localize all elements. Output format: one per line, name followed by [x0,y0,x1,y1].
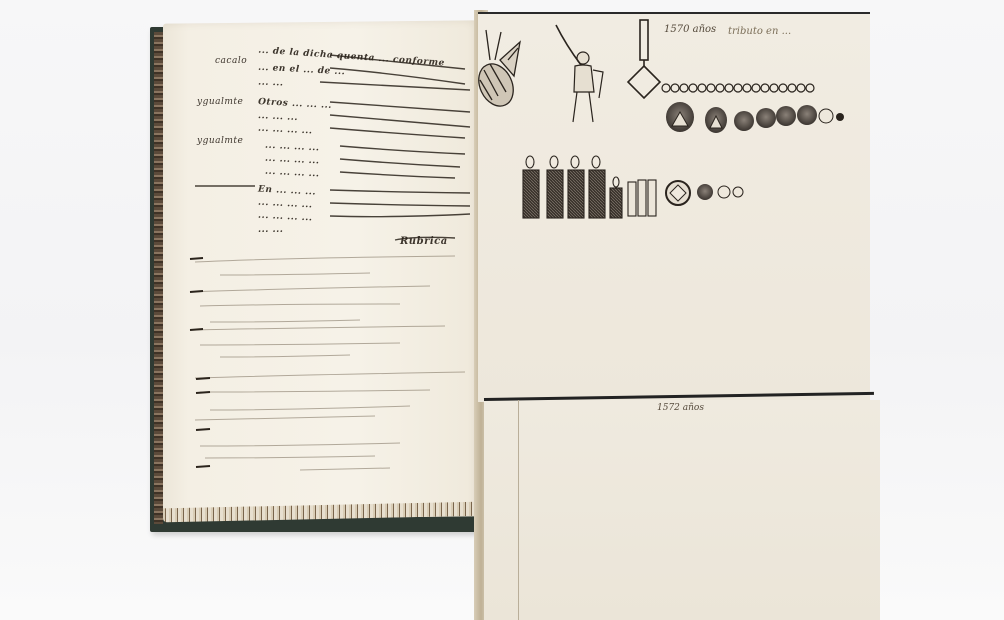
bead-string-glyph [662,84,814,92]
left-page-faded-strokes [190,256,465,470]
human-figure-glyph [556,25,603,122]
feather-bundle-glyph [472,30,520,112]
margin-dashes [190,258,210,467]
banner-flag-glyph [628,20,660,98]
pictograph-drawings [0,0,1004,620]
tribute-disks-row1 [666,102,844,133]
tribute-disks-row2 [666,181,743,205]
manuscript-photo: cacalo ygualmte ygualmte ... de la dicha… [0,0,1004,620]
mantle-bundles-row2 [523,156,656,218]
left-page-text-strokes [195,55,470,240]
